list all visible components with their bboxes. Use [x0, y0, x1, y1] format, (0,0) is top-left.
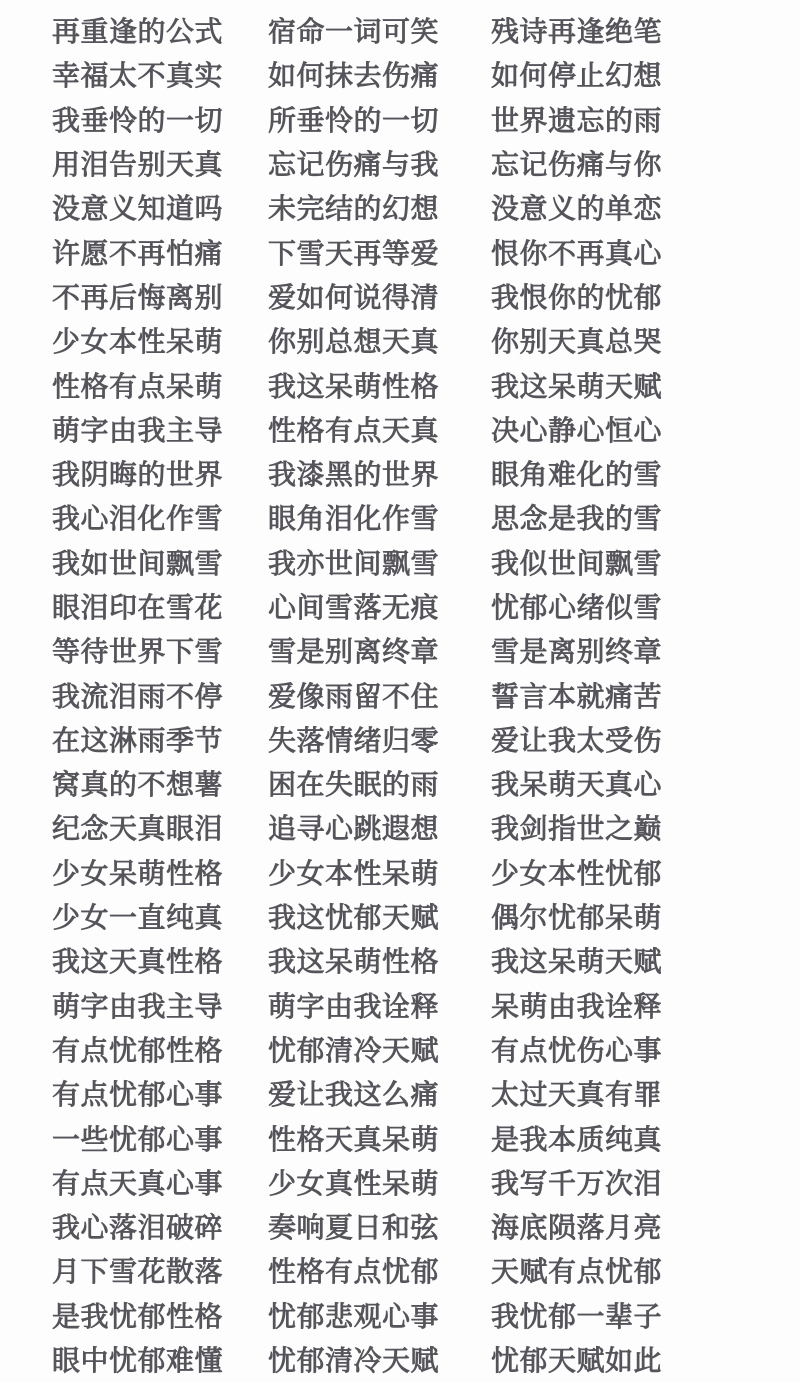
- list-item: 等待世界下雪雪是别离终章雪是离别终章: [0, 628, 800, 672]
- list-item: 没意义知道吗未完结的幻想没意义的单恋: [0, 185, 800, 229]
- nickname-text: 世界遗忘的雨: [491, 99, 662, 139]
- nickname-text: 忧郁悲观心事: [268, 1295, 439, 1335]
- nickname-text: 忧郁天赋如此: [491, 1339, 662, 1379]
- list-item: 萌字由我主导性格有点天真决心静心恒心: [0, 407, 800, 451]
- nickname-text: 眼中忧郁难懂: [52, 1339, 223, 1379]
- nickname-text: 性格有点忧郁: [268, 1250, 439, 1290]
- nickname-text: 少女呆萌性格: [52, 852, 223, 892]
- nickname-text: 残诗再逢绝笔: [491, 10, 662, 50]
- nickname-text: 有点忧郁心事: [52, 1073, 223, 1113]
- list-item: 眼中忧郁难懂忧郁清冷天赋忧郁天赋如此: [0, 1337, 800, 1381]
- nickname-text: 雪是离别终章: [491, 630, 662, 670]
- nickname-text: 你别天真总哭: [491, 320, 662, 360]
- nickname-text: 决心静心恒心: [491, 409, 662, 449]
- list-item: 我这天真性格我这呆萌性格我这呆萌天赋: [0, 938, 800, 982]
- nickname-text: 奏响夏日和弦: [268, 1206, 439, 1246]
- nickname-text: 心间雪落无痕: [268, 586, 439, 626]
- list-item: 一些忧郁心事性格天真呆萌是我本质纯真: [0, 1115, 800, 1159]
- nickname-text: 幸福太不真实: [52, 54, 223, 94]
- list-item: 我阴晦的世界我漆黑的世界眼角难化的雪: [0, 451, 800, 495]
- nickname-text: 恨你不再真心: [491, 232, 662, 272]
- nickname-text: 我心落泪破碎: [52, 1206, 223, 1246]
- nickname-text: 偶尔忧郁呆萌: [491, 896, 662, 936]
- nickname-text: 萌字由我诠释: [268, 985, 439, 1025]
- nickname-text: 等待世界下雪: [52, 630, 223, 670]
- nickname-text: 许愿不再怕痛: [52, 232, 223, 272]
- nickname-text: 用泪告别天真: [52, 143, 223, 183]
- nickname-list: 再重逢的公式宿命一词可笑残诗再逢绝笔幸福太不真实如何抹去伤痛如何停止幻想我垂怜的…: [0, 8, 800, 1381]
- nickname-text: 萌字由我主导: [52, 985, 223, 1025]
- list-item: 再重逢的公式宿命一词可笑残诗再逢绝笔: [0, 8, 800, 52]
- nickname-text: 我这呆萌性格: [268, 940, 439, 980]
- nickname-text: 眼角难化的雪: [491, 453, 662, 493]
- nickname-text: 纪念天真眼泪: [52, 807, 223, 847]
- nickname-text: 少女一直纯真: [52, 896, 223, 936]
- nickname-text: 未完结的幻想: [268, 187, 439, 227]
- list-item: 用泪告别天真忘记伤痛与我忘记伤痛与你: [0, 141, 800, 185]
- nickname-text: 如何停止幻想: [491, 54, 662, 94]
- nickname-text: 忧郁清冷天赋: [268, 1029, 439, 1069]
- nickname-list-page: 再重逢的公式宿命一词可笑残诗再逢绝笔幸福太不真实如何抹去伤痛如何停止幻想我垂怜的…: [0, 0, 800, 1382]
- nickname-text: 我垂怜的一切: [52, 99, 223, 139]
- nickname-text: 爱让我太受伤: [491, 719, 662, 759]
- nickname-text: 不再后悔离别: [52, 276, 223, 316]
- nickname-text: 性格有点呆萌: [52, 365, 223, 405]
- nickname-text: 忧郁心绪似雪: [491, 586, 662, 626]
- nickname-text: 有点天真心事: [52, 1162, 223, 1202]
- nickname-text: 我这天真性格: [52, 940, 223, 980]
- list-item: 有点忧郁心事爱让我这么痛太过天真有罪: [0, 1071, 800, 1115]
- nickname-text: 誓言本就痛苦: [491, 675, 662, 715]
- list-item: 月下雪花散落性格有点忧郁天赋有点忧郁: [0, 1248, 800, 1292]
- list-item: 不再后悔离别爱如何说得清我恨你的忧郁: [0, 274, 800, 318]
- list-item: 窝真的不想薯困在失眠的雨我呆萌天真心: [0, 761, 800, 805]
- nickname-text: 爱让我这么痛: [268, 1073, 439, 1113]
- nickname-text: 眼泪印在雪花: [52, 586, 223, 626]
- nickname-text: 呆萌由我诠释: [491, 985, 662, 1025]
- list-item: 我垂怜的一切所垂怜的一切世界遗忘的雨: [0, 97, 800, 141]
- nickname-text: 我如世间飘雪: [52, 542, 223, 582]
- list-item: 在这淋雨季节失落情绪归零爱让我太受伤: [0, 717, 800, 761]
- nickname-text: 是我忧郁性格: [52, 1295, 223, 1335]
- nickname-text: 如何抹去伤痛: [268, 54, 439, 94]
- list-item: 我心泪化作雪眼角泪化作雪思念是我的雪: [0, 495, 800, 539]
- nickname-text: 是我本质纯真: [491, 1118, 662, 1158]
- nickname-text: 所垂怜的一切: [268, 99, 439, 139]
- list-item: 幸福太不真实如何抹去伤痛如何停止幻想: [0, 52, 800, 96]
- nickname-text: 我剑指世之巅: [491, 807, 662, 847]
- nickname-text: 我这呆萌性格: [268, 365, 439, 405]
- nickname-text: 宿命一词可笑: [268, 10, 439, 50]
- list-item: 少女呆萌性格少女本性呆萌少女本性忧郁: [0, 850, 800, 894]
- nickname-text: 忘记伤痛与我: [268, 143, 439, 183]
- nickname-text: 我似世间飘雪: [491, 542, 662, 582]
- list-item: 眼泪印在雪花心间雪落无痕忧郁心绪似雪: [0, 584, 800, 628]
- nickname-text: 我心泪化作雪: [52, 497, 223, 537]
- nickname-text: 月下雪花散落: [52, 1250, 223, 1290]
- nickname-text: 少女本性忧郁: [491, 852, 662, 892]
- list-item: 是我忧郁性格忧郁悲观心事我忧郁一辈子: [0, 1293, 800, 1337]
- list-item: 萌字由我主导萌字由我诠释呆萌由我诠释: [0, 983, 800, 1027]
- nickname-text: 思念是我的雪: [491, 497, 662, 537]
- nickname-text: 海底陨落月亮: [491, 1206, 662, 1246]
- nickname-text: 我恨你的忧郁: [491, 276, 662, 316]
- nickname-text: 有点忧伤心事: [491, 1029, 662, 1069]
- nickname-text: 你别总想天真: [268, 320, 439, 360]
- nickname-text: 我阴晦的世界: [52, 453, 223, 493]
- nickname-text: 失落情绪归零: [268, 719, 439, 759]
- list-item: 我心落泪破碎奏响夏日和弦海底陨落月亮: [0, 1204, 800, 1248]
- nickname-text: 性格有点天真: [268, 409, 439, 449]
- nickname-text: 我漆黑的世界: [268, 453, 439, 493]
- list-item: 纪念天真眼泪追寻心跳遐想我剑指世之巅: [0, 805, 800, 849]
- nickname-text: 我亦世间飘雪: [268, 542, 439, 582]
- list-item: 有点天真心事少女真性呆萌我写千万次泪: [0, 1160, 800, 1204]
- nickname-text: 追寻心跳遐想: [268, 807, 439, 847]
- nickname-text: 我流泪雨不停: [52, 675, 223, 715]
- nickname-text: 少女本性呆萌: [52, 320, 223, 360]
- nickname-text: 少女本性呆萌: [268, 852, 439, 892]
- nickname-text: 我忧郁一辈子: [491, 1295, 662, 1335]
- nickname-text: 我这忧郁天赋: [268, 896, 439, 936]
- nickname-text: 我这呆萌天赋: [491, 365, 662, 405]
- list-item: 许愿不再怕痛下雪天再等爱恨你不再真心: [0, 229, 800, 273]
- nickname-text: 眼角泪化作雪: [268, 497, 439, 537]
- nickname-text: 没意义知道吗: [52, 187, 223, 227]
- list-item: 我如世间飘雪我亦世间飘雪我似世间飘雪: [0, 540, 800, 584]
- nickname-text: 下雪天再等爱: [268, 232, 439, 272]
- nickname-text: 天赋有点忧郁: [491, 1250, 662, 1290]
- nickname-text: 我呆萌天真心: [491, 763, 662, 803]
- nickname-text: 少女真性呆萌: [268, 1162, 439, 1202]
- list-item: 我流泪雨不停爱像雨留不住誓言本就痛苦: [0, 672, 800, 716]
- nickname-text: 太过天真有罪: [491, 1073, 662, 1113]
- nickname-text: 我写千万次泪: [491, 1162, 662, 1202]
- list-item: 少女一直纯真我这忧郁天赋偶尔忧郁呆萌: [0, 894, 800, 938]
- nickname-text: 我这呆萌天赋: [491, 940, 662, 980]
- nickname-text: 爱如何说得清: [268, 276, 439, 316]
- list-item: 少女本性呆萌你别总想天真你别天真总哭: [0, 318, 800, 362]
- nickname-text: 没意义的单恋: [491, 187, 662, 227]
- list-item: 性格有点呆萌我这呆萌性格我这呆萌天赋: [0, 362, 800, 406]
- nickname-text: 萌字由我主导: [52, 409, 223, 449]
- nickname-text: 窝真的不想薯: [52, 763, 223, 803]
- nickname-text: 爱像雨留不住: [268, 675, 439, 715]
- nickname-text: 再重逢的公式: [52, 10, 223, 50]
- nickname-text: 忘记伤痛与你: [491, 143, 662, 183]
- nickname-text: 困在失眠的雨: [268, 763, 439, 803]
- nickname-text: 一些忧郁心事: [52, 1118, 223, 1158]
- nickname-text: 忧郁清冷天赋: [268, 1339, 439, 1379]
- nickname-text: 在这淋雨季节: [52, 719, 223, 759]
- list-item: 有点忧郁性格忧郁清冷天赋有点忧伤心事: [0, 1027, 800, 1071]
- nickname-text: 雪是别离终章: [268, 630, 439, 670]
- nickname-text: 有点忧郁性格: [52, 1029, 223, 1069]
- nickname-text: 性格天真呆萌: [268, 1118, 439, 1158]
